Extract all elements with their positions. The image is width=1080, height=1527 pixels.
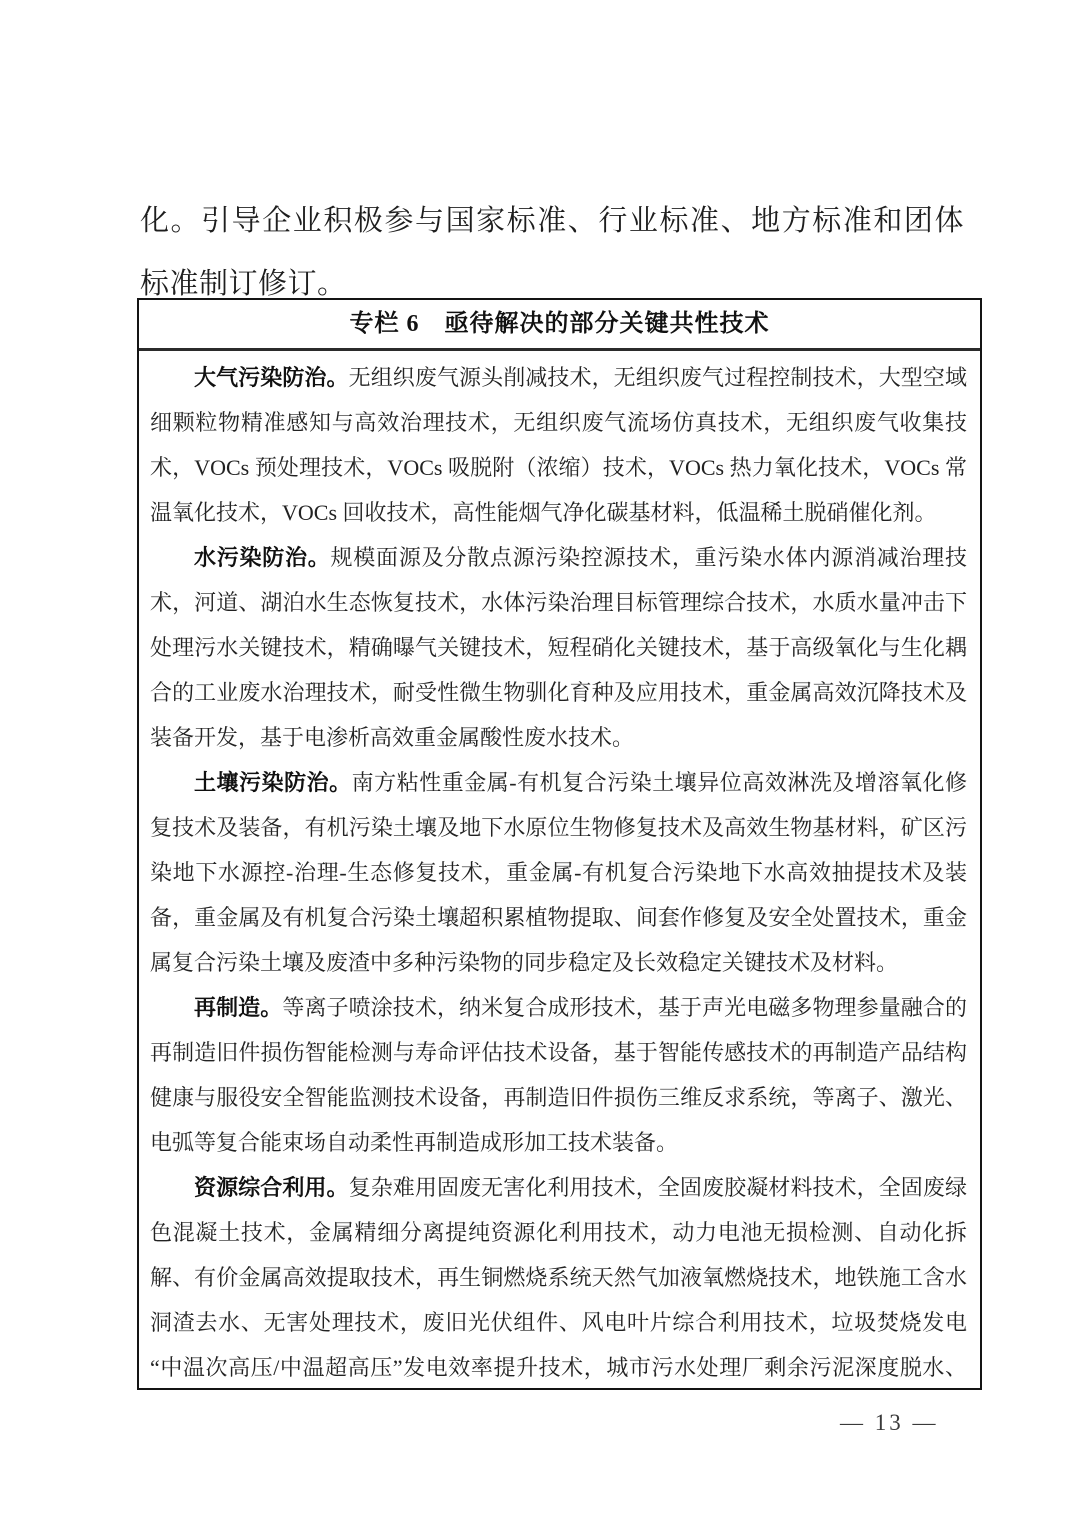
box-paragraph: 大气污染防治。无组织废气源头削减技术，无组织废气过程控制技术，大型空域细颗粒物精… [150, 355, 967, 535]
paragraph-body: 复杂难用固废无害化利用技术，全固废胶凝材料技术，全固废绿色混凝土技术，金属精细分… [150, 1175, 967, 1390]
paragraph-body: 规模面源及分散点源污染控源技术，重污染水体内源消减治理技术，河道、湖泊水生态恢复… [150, 545, 967, 750]
spec-box: 专栏 6 亟待解决的部分关键共性技术 大气污染防治。无组织废气源头削减技术，无组… [137, 298, 982, 1390]
paragraph-heading: 再制造。 [194, 995, 282, 1020]
box-paragraph: 水污染防治。规模面源及分散点源污染控源技术，重污染水体内源消减治理技术，河道、湖… [150, 535, 967, 760]
box-paragraph: 再制造。等离子喷涂技术，纳米复合成形技术，基于声光电磁多物理参量融合的再制造旧件… [150, 985, 967, 1165]
paragraph-heading: 大气污染防治。 [194, 365, 349, 390]
document-page: 化。引导企业积极参与国家标准、行业标准、地方标准和团体标准制订修订。 专栏 6 … [0, 0, 1080, 1527]
paragraph-heading: 水污染防治。 [194, 545, 331, 570]
paragraph-heading: 资源综合利用。 [194, 1175, 349, 1200]
page-number: — 13 — [840, 1410, 939, 1436]
paragraph-heading: 土壤污染防治。 [194, 770, 352, 795]
paragraph-body: 南方粘性重金属-有机复合污染土壤异位高效淋洗及增溶氧化修复技术及装备，有机污染土… [150, 770, 967, 975]
box-paragraph: 资源综合利用。复杂难用固废无害化利用技术，全固废胶凝材料技术，全固废绿色混凝土技… [150, 1165, 967, 1390]
box-paragraphs: 大气污染防治。无组织废气源头削减技术，无组织废气过程控制技术，大型空域细颗粒物精… [139, 351, 980, 1390]
box-title: 专栏 6 亟待解决的部分关键共性技术 [139, 300, 980, 351]
box-paragraph: 土壤污染防治。南方粘性重金属-有机复合污染土壤异位高效淋洗及增溶氧化修复技术及装… [150, 760, 967, 985]
